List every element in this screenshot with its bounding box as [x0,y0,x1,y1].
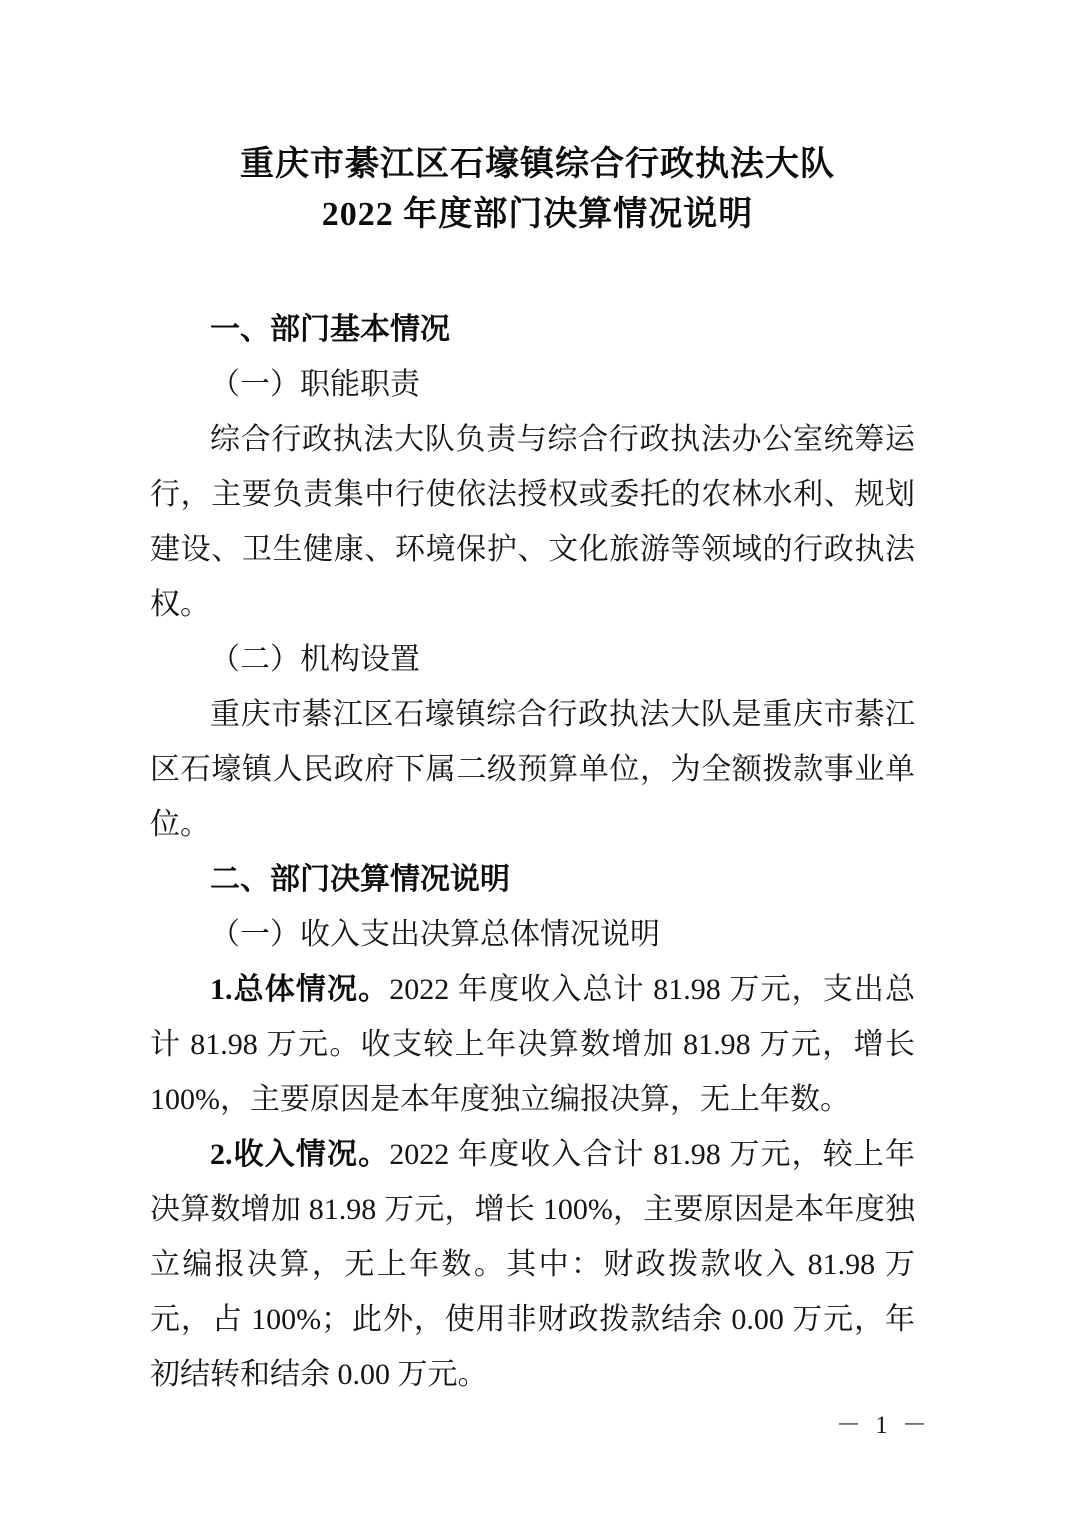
document-body: 一、部门基本情况 （一）职能职责 综合行政执法大队负责与综合行政执法办公室统筹运… [150,302,915,1402]
section-1-subheading-duties: （一）职能职责 [150,357,915,412]
title-line-2: 2022 年度部门决算情况说明 [0,190,1075,240]
document-title: 重庆市綦江区石壕镇综合行政执法大队 2022 年度部门决算情况说明 [0,0,1075,240]
section-1-heading: 一、部门基本情况 [150,302,915,357]
section-2-heading: 二、部门决算情况说明 [150,852,915,907]
section-2-subheading-overview: （一）收入支出决算总体情况说明 [150,907,915,962]
paragraph-income-situation: 2.收入情况。2022 年度收入合计 81.98 万元，较上年决算数增加 81.… [150,1127,915,1402]
section-1-subheading-organization: （二）机构设置 [150,632,915,687]
paragraph-income-situation-lead: 2.收入情况。 [210,1138,389,1171]
document-page: 重庆市綦江区石壕镇综合行政执法大队 2022 年度部门决算情况说明 一、部门基本… [0,0,1075,1521]
paragraph-duties: 综合行政执法大队负责与综合行政执法办公室统筹运行，主要负责集中行使依法授权或委托… [150,412,915,632]
paragraph-organization: 重庆市綦江区石壕镇综合行政执法大队是重庆市綦江区石壕镇人民政府下属二级预算单位，… [150,687,915,852]
paragraph-income-situation-text: 2022 年度收入合计 81.98 万元，较上年决算数增加 81.98 万元，增… [150,1138,915,1391]
paragraph-overall-situation-lead: 1.总体情况。 [210,973,389,1006]
page-number: － 1 － [836,1408,931,1444]
title-line-1: 重庆市綦江区石壕镇综合行政执法大队 [0,140,1075,190]
paragraph-overall-situation: 1.总体情况。2022 年度收入总计 81.98 万元，支出总计 81.98 万… [150,962,915,1127]
